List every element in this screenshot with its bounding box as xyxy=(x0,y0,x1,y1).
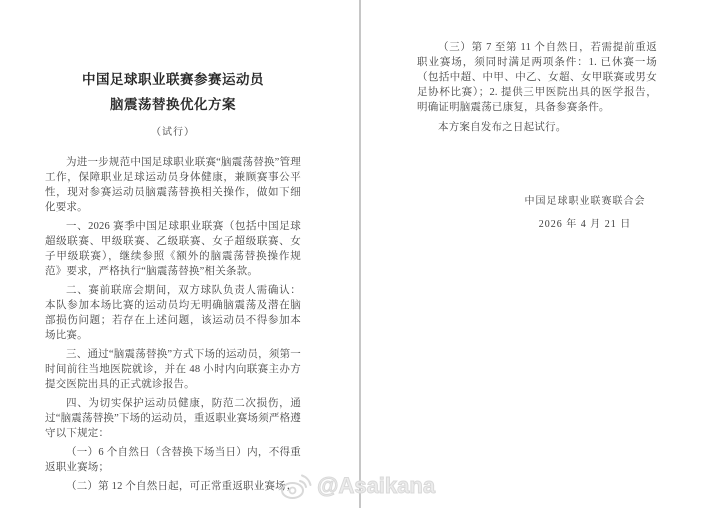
document-page-1: 中国足球职业联赛参赛运动员 脑震荡替换优化方案 （试行） 为进一步规范中国足球职… xyxy=(45,70,301,494)
signature-block: 中国足球职业联赛联合会 2026 年 4 月 21 日 xyxy=(465,195,705,232)
para-clause-2: 二、赛前联席会期间，双方球队负责人需确认：本队参加本场比赛的运动员均无明确脑震荡… xyxy=(45,283,301,343)
doc-title-line-1: 中国足球职业联赛参赛运动员 xyxy=(45,70,301,90)
para-item-2: （二）第 12 个自然日起，可正常重返职业赛场； xyxy=(45,479,301,494)
page-divider xyxy=(359,0,361,508)
doc-subtitle: （试行） xyxy=(45,123,301,138)
para-closing: 本方案自发布之日起试行。 xyxy=(417,120,657,135)
signature-org: 中国足球职业联赛联合会 xyxy=(465,195,705,209)
document-scan: 中国足球职业联赛参赛运动员 脑震荡替换优化方案 （试行） 为进一步规范中国足球职… xyxy=(0,0,720,508)
para-intro: 为进一步规范中国足球职业联赛“脑震荡替换”管理工作，保障职业足球运动员身体健康，… xyxy=(45,155,301,215)
para-item-3: （三）第 7 至第 11 个自然日，若需提前重返职业赛场，须同时满足两项条件：1… xyxy=(417,40,657,115)
doc-title-line-2: 脑震荡替换优化方案 xyxy=(45,95,301,115)
document-page-2: （三）第 7 至第 11 个自然日，若需提前重返职业赛场，须同时满足两项条件：1… xyxy=(417,40,657,232)
para-clause-4: 四、为切实保护运动员健康，防范二次损伤，通过“脑震荡替换”下场的运动员，重返职业… xyxy=(45,396,301,441)
watermark-handle: @Asaikana xyxy=(317,473,435,499)
para-item-1: （一）6 个自然日（含替换下场当日）内，不得重返职业赛场； xyxy=(45,445,301,475)
doc-body-left: 为进一步规范中国足球职业联赛“脑震荡替换”管理工作，保障职业足球运动员身体健康，… xyxy=(45,155,301,494)
para-clause-3: 三、通过“脑震荡替换”方式下场的运动员，须第一时间前往当地医院就诊，并在 48 … xyxy=(45,347,301,392)
watermark: @Asaikana xyxy=(280,471,435,501)
weibo-icon xyxy=(280,472,312,500)
para-clause-1: 一、2026 赛季中国足球职业联赛（包括中国足球超级联赛、甲级联赛、乙级联赛、女… xyxy=(45,219,301,279)
signature-date: 2026 年 4 月 21 日 xyxy=(465,218,705,232)
